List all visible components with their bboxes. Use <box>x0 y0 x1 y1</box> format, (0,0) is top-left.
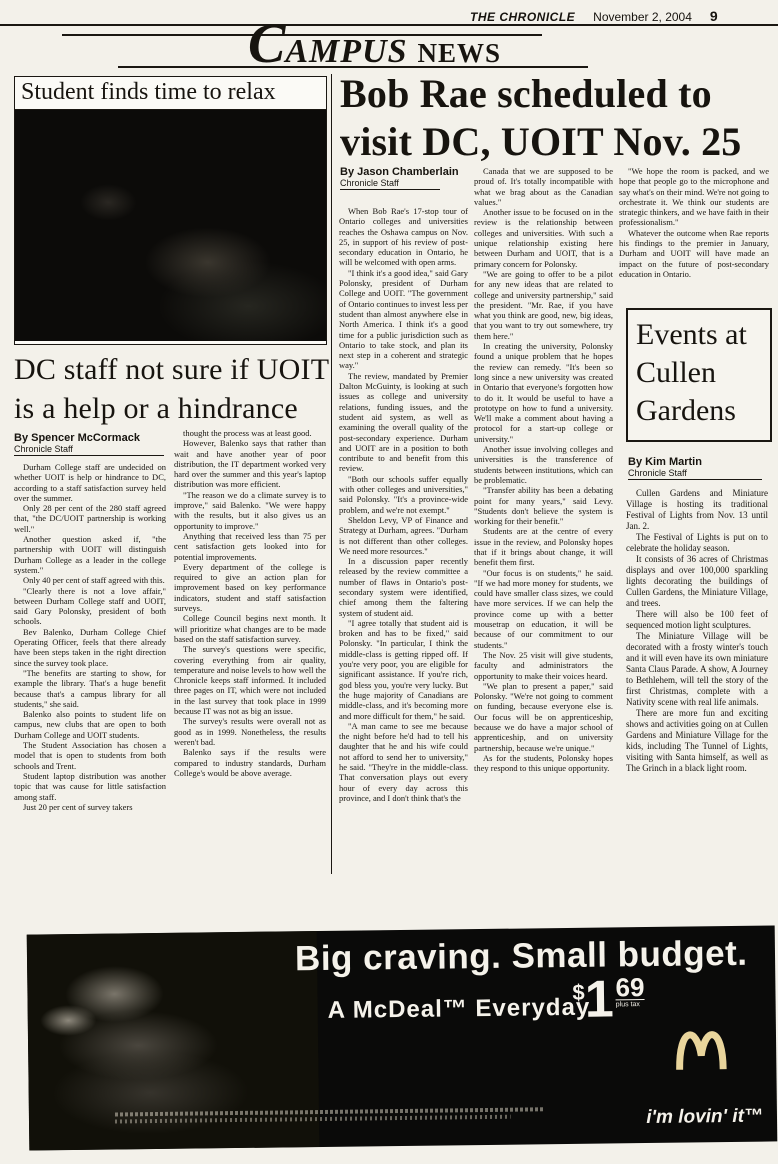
paragraph: "Our focus is on students," he said. "If… <box>474 568 613 650</box>
paragraph: It consists of 36 acres of Christmas dis… <box>626 554 768 609</box>
paragraph: "I agree totally that student aid is bro… <box>339 618 468 721</box>
dc-article-column-1: Durham College staff are undecided on wh… <box>14 462 166 872</box>
byline-author: By Jason Chamberlain <box>340 166 459 178</box>
paragraph: However, Balenko says that rather than w… <box>174 438 326 489</box>
paragraph: Only 40 per cent of staff agreed with th… <box>14 575 166 585</box>
dc-article-byline: By Spencer McCormack Chronicle Staff <box>14 432 164 456</box>
paragraph: The survey's results were overall not as… <box>174 716 326 747</box>
paragraph: The survey's questions were specific, co… <box>174 644 326 716</box>
photo-story-box: Student finds time to relax <box>14 76 327 345</box>
rae-headline-line2: visit DC, UOIT Nov. 25 <box>340 118 776 166</box>
ad-subline: A McDeal™ Everyday <box>327 994 590 1025</box>
paragraph: Whatever the outcome when Rae reports hi… <box>619 228 769 279</box>
rae-article-byline: By Jason Chamberlain Chronicle Staff <box>340 166 459 190</box>
paragraph: Balenko also points to student life on c… <box>14 709 166 740</box>
paragraph: "Transfer ability has been a debating po… <box>474 485 613 526</box>
paragraph: As for the students, Polonsky hopes they… <box>474 753 613 774</box>
paragraph: The Miniature Village will be decorated … <box>626 631 768 708</box>
rae-headline-line1: Bob Rae scheduled to <box>340 70 776 118</box>
mcdonalds-ad: Big craving. Small budget. A McDeal™ Eve… <box>27 925 778 1150</box>
paragraph: There will also be 100 feet of sequenced… <box>626 609 768 631</box>
rae-article-column-1: When Bob Rae's 17-stop tour of Ontario c… <box>339 206 468 874</box>
events-article-text: Cullen Gardens and Miniature Village is … <box>626 488 768 774</box>
paragraph: Anything that received less than 75 per … <box>174 531 326 562</box>
paragraph: Canada that we are supposed to be proud … <box>474 166 613 207</box>
rae-article-column-2: Canada that we are supposed to be proud … <box>474 166 613 874</box>
price-dollars: 1 <box>585 975 615 1023</box>
price-note: plus tax <box>616 1001 640 1008</box>
rae-article-headline: Bob Rae scheduled to visit DC, UOIT Nov.… <box>340 70 776 166</box>
paragraph: "A man came to see me because the night … <box>339 721 468 803</box>
paragraph: Just 20 per cent of survey takers <box>14 802 166 812</box>
masthead-suffix: NEWS <box>418 38 502 69</box>
masthead-initial: C <box>248 24 285 64</box>
paragraph: The Nov. 25 visit will give students, fa… <box>474 650 613 681</box>
paragraph: "The reason we do a climate survey is to… <box>174 490 326 531</box>
paragraph: thought the process was at least good. <box>174 428 326 438</box>
byline-org: Chronicle Staff <box>628 468 762 480</box>
paragraph: "We are going to offer to be a pilot for… <box>474 269 613 341</box>
events-article-byline: By Kim Martin Chronicle Staff <box>626 456 772 480</box>
paragraph: Sheldon Levy, VP of Finance and Strategy… <box>339 515 468 556</box>
paragraph: The Festival of Lights is put on to cele… <box>626 532 768 554</box>
dc-headline-line2: is a help or a hindrance <box>14 389 332 428</box>
mcdonalds-arches-icon <box>674 1014 729 1078</box>
ad-slogan: i'm lovin' it™ <box>646 1106 763 1129</box>
section-masthead: CAMPUSNEWS <box>248 24 501 70</box>
events-article-headline: Events at Cullen Gardens <box>636 316 766 430</box>
masthead-rule-bottom <box>118 66 588 68</box>
events-article: Events at Cullen Gardens By Kim Martin C… <box>626 308 772 774</box>
paragraph: Every department of the college is requi… <box>174 562 326 613</box>
student-photo <box>15 110 326 341</box>
paragraph: There are more fun and exciting shows an… <box>626 708 768 774</box>
dc-headline-line1: DC staff not sure if UOIT <box>14 350 332 389</box>
paragraph: Student laptop distribution was another … <box>14 771 166 802</box>
byline-org: Chronicle Staff <box>14 444 164 456</box>
events-title-box: Events at Cullen Gardens <box>626 308 772 442</box>
paragraph: The review, mandated by Premier Dalton M… <box>339 371 468 474</box>
paragraph: College Council begins next month. It wi… <box>174 613 326 644</box>
paragraph: Durham College staff are undecided on wh… <box>14 462 166 503</box>
paper-name: THE CHRONICLE <box>470 10 575 24</box>
dc-article-column-2: thought the process was at least good.Ho… <box>174 428 326 872</box>
paragraph: "We plan to present a paper," said Polon… <box>474 681 613 753</box>
column-divider <box>331 74 332 874</box>
ad-headline: Big craving. Small budget. <box>295 933 773 979</box>
price-dollar-sign: $ <box>572 980 585 1006</box>
page-number: 9 <box>710 8 718 24</box>
paragraph: "We hope the room is packed, and we hope… <box>619 166 769 228</box>
paragraph: The Student Association has chosen a mod… <box>14 740 166 771</box>
paragraph: When Bob Rae's 17-stop tour of Ontario c… <box>339 206 468 268</box>
dc-article-headline: DC staff not sure if UOIT is a help or a… <box>14 350 332 428</box>
paragraph: In creating the university, Polonsky fou… <box>474 341 613 444</box>
paragraph: Balenko says if the results were compare… <box>174 747 326 778</box>
price-cents: 69 <box>615 975 644 1000</box>
paragraph: Another issue to be focused on in the re… <box>474 207 613 269</box>
paragraph: Bev Balenko, Durham College Chief Operat… <box>14 627 166 668</box>
byline-org: Chronicle Staff <box>340 178 440 190</box>
photo-story-headline: Student finds time to relax <box>15 77 326 110</box>
ad-price: $ 1 69 plus tax <box>572 975 645 1024</box>
paragraph: Students are at the centre of every issu… <box>474 526 613 567</box>
page-header: THE CHRONICLE November 2, 2004 9 <box>470 8 770 24</box>
paragraph: "Both our schools suffer equally with ot… <box>339 474 468 515</box>
byline-author: By Spencer McCormack <box>14 432 164 444</box>
byline-author: By Kim Martin <box>628 456 772 468</box>
paragraph: Another question asked if, "the partners… <box>14 534 166 575</box>
paragraph: Cullen Gardens and Miniature Village is … <box>626 488 768 532</box>
paragraph: "The benefits are starting to show, for … <box>14 668 166 709</box>
paragraph: Another issue involving colleges and uni… <box>474 444 613 485</box>
paragraph: Only 28 per cent of the 280 staff agreed… <box>14 503 166 534</box>
rae-article-column-3: "We hope the room is packed, and we hope… <box>619 166 769 306</box>
paragraph: In a discussion paper recently released … <box>339 556 468 618</box>
issue-date: November 2, 2004 <box>593 10 692 24</box>
paragraph: "Clearly there is not a love affair," be… <box>14 586 166 627</box>
paragraph: "I think it's a good idea," said Gary Po… <box>339 268 468 371</box>
